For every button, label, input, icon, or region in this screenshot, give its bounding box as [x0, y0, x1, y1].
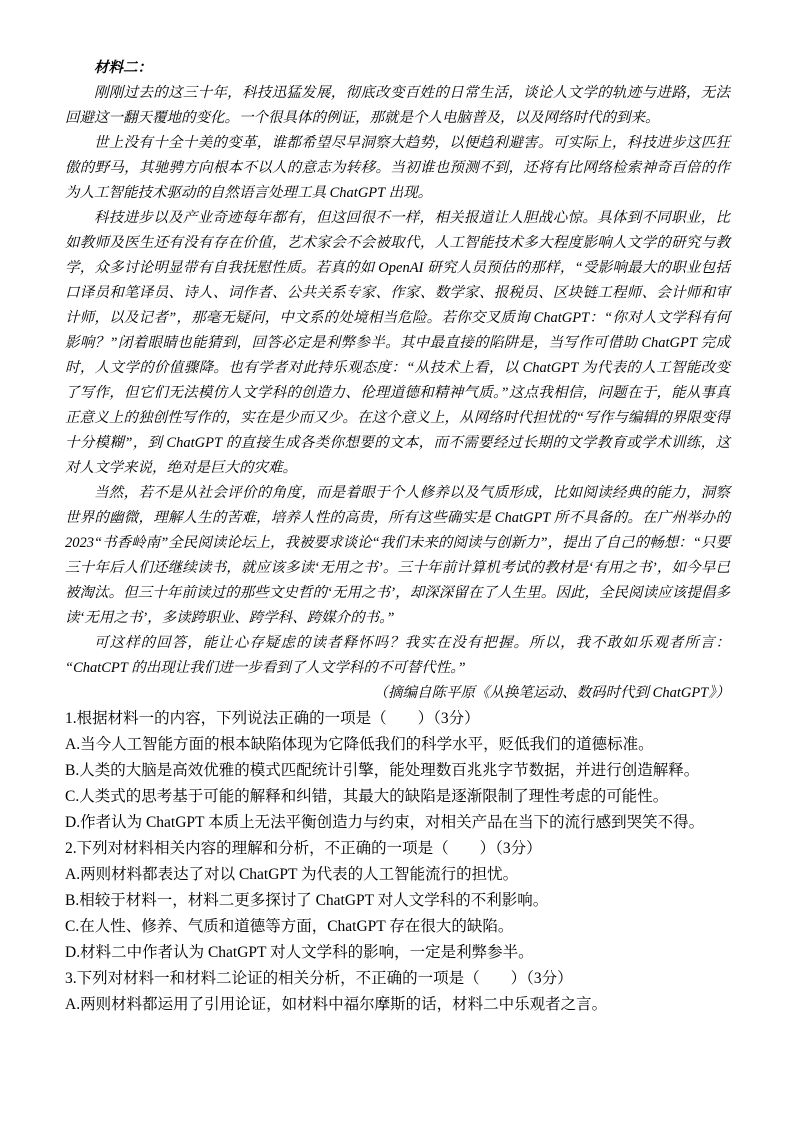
exam-page: 材料二： 刚刚过去的这三十年，科技迅猛发展，彻底改变百姓的日常生活，谈论人文学的… — [0, 0, 794, 1123]
option-c: C.在人性、修养、气质和道德等方面，ChatGPT 存在很大的缺陷。 — [65, 914, 730, 940]
material-heading: 材料二： — [65, 56, 730, 81]
question-stem: 3.下列对材料一和材料二论证的相关分析，不正确的一项是（ ）（3分） — [65, 966, 730, 992]
material-paragraph: 刚刚过去的这三十年，科技迅猛发展，彻底改变百姓的日常生活，谈论人文学的轨迹与进路… — [65, 81, 730, 131]
material-paragraph: 可这样的回答，能让心存疑虑的读者释怀吗？我实在没有把握。所以，我不敢如乐观者所言… — [65, 631, 730, 681]
question-stem: 2.下列对材料相关内容的理解和分析，不正确的一项是（ ）（3分） — [65, 836, 730, 862]
question-2: 2.下列对材料相关内容的理解和分析，不正确的一项是（ ）（3分） A.两则材料都… — [65, 836, 730, 966]
option-a: A.两则材料都运用了引用论证，如材料中福尔摩斯的话，材料二中乐观者之言。 — [65, 992, 730, 1018]
material-paragraph: 科技进步以及产业奇迹每年都有，但这回很不一样，相关报道让人胆战心惊。具体到不同职… — [65, 206, 730, 481]
option-d: D.材料二中作者认为 ChatGPT 对人文学科的影响，一定是利弊参半。 — [65, 940, 730, 966]
option-a: A.当今人工智能方面的根本缺陷体现为它降低我们的科学水平，贬低我们的道德标准。 — [65, 732, 730, 758]
questions-section: 1.根据材料一的内容，下列说法正确的一项是（ ）（3分） A.当今人工智能方面的… — [65, 706, 730, 1018]
option-b: B.相较于材料一，材料二更多探讨了 ChatGPT 对人文学科的不利影响。 — [65, 888, 730, 914]
source-attribution: （摘编自陈平原《从换笔运动、数码时代到 ChatGPT》） — [65, 681, 730, 706]
question-1: 1.根据材料一的内容，下列说法正确的一项是（ ）（3分） A.当今人工智能方面的… — [65, 706, 730, 836]
question-stem: 1.根据材料一的内容，下列说法正确的一项是（ ）（3分） — [65, 706, 730, 732]
option-a: A.两则材料都表达了对以 ChatGPT 为代表的人工智能流行的担忧。 — [65, 862, 730, 888]
option-b: B.人类的大脑是高效优雅的模式匹配统计引擎，能处理数百兆兆字节数据，并进行创造解… — [65, 758, 730, 784]
material-paragraph: 世上没有十全十美的变革，谁都希望尽早洞察大趋势，以便趋利避害。可实际上，科技进步… — [65, 131, 730, 206]
option-d: D.作者认为 ChatGPT 本质上无法平衡创造力与约束，对相关产品在当下的流行… — [65, 810, 730, 836]
question-3: 3.下列对材料一和材料二论证的相关分析，不正确的一项是（ ）（3分） A.两则材… — [65, 966, 730, 1018]
material-two-section: 材料二： 刚刚过去的这三十年，科技迅猛发展，彻底改变百姓的日常生活，谈论人文学的… — [65, 56, 730, 706]
material-paragraph: 当然，若不是从社会评价的角度，而是着眼于个人修养以及气质形成，比如阅读经典的能力… — [65, 481, 730, 631]
option-c: C.人类式的思考基于可能的解释和纠错，其最大的缺陷是逐渐限制了理性考虑的可能性。 — [65, 784, 730, 810]
